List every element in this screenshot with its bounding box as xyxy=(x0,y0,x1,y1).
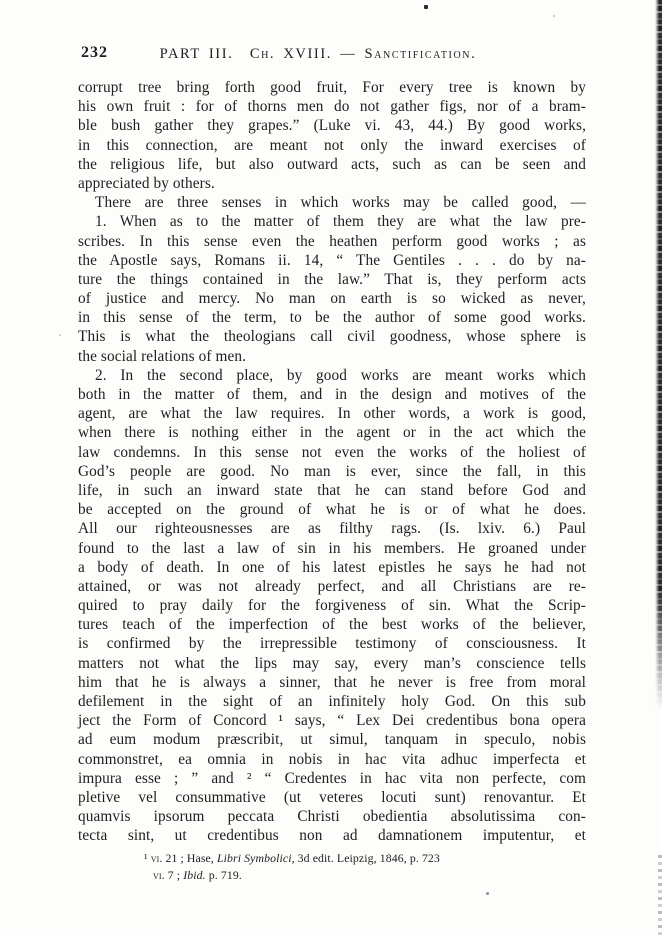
text-line: be accepted on the ground of what he is … xyxy=(78,500,586,519)
text-line: scribes. In this sense even the heathen … xyxy=(78,232,586,251)
text-line: This is what the theologians call civil … xyxy=(78,327,586,346)
text-line: corrupt tree bring forth good fruit, For… xyxy=(78,78,586,97)
footnote-line: vi. 7 ; Ibid. p. 719. xyxy=(144,867,584,884)
text-line: quamvis ipsorum peccata Christi obedient… xyxy=(78,807,586,826)
text-line: All our righteousnesses are as filthy ra… xyxy=(78,519,586,538)
scan-speck xyxy=(486,892,489,895)
text-line: ject the Form of Concord ¹ says, “ Lex D… xyxy=(78,711,586,730)
text-line: agent, are what the law requires. In oth… xyxy=(78,404,586,423)
footnote-segment: Libri Symbolici xyxy=(217,851,292,865)
text-line: the Apostle says, Romans ii. 14, “ The G… xyxy=(78,251,586,270)
text-line: 2. In the second place, by good works ar… xyxy=(78,366,586,385)
book-page: 232 PART III. Ch. XVIII. — Sanctificatio… xyxy=(0,0,662,935)
text-line: the social relations of men. xyxy=(78,347,586,366)
text-line: attained, or was not already perfect, an… xyxy=(78,577,586,596)
footnote-segment: Ibid. xyxy=(183,868,205,882)
footnote-segment: , 3d edit. Leipzig, 1846, p. 723 xyxy=(292,851,440,865)
text-line: life, in such an inward state that he ca… xyxy=(78,481,586,500)
scan-speck xyxy=(424,5,428,9)
text-line: the religious life, but also outward act… xyxy=(78,155,586,174)
scan-speck xyxy=(59,334,61,336)
text-line: 1. When as to the matter of them they ar… xyxy=(78,212,586,231)
text-line: ble bush gather they grapes.” (Luke vi. … xyxy=(78,116,586,135)
scan-speck xyxy=(553,15,555,17)
header-title: PART III. Ch. XVIII. — Sanctification. xyxy=(78,46,558,63)
running-header: 232 PART III. Ch. XVIII. — Sanctificatio… xyxy=(78,44,586,66)
text-line: There are three senses in which works ma… xyxy=(78,193,586,212)
text-line: when there is nothing either in the agen… xyxy=(78,423,586,442)
header-chapter: Ch. XVIII. — Sanctification. xyxy=(250,46,477,62)
footnote-segment: ¹ xyxy=(144,851,151,865)
text-line: him that he is always a sinner, that he … xyxy=(78,673,586,692)
text-line: God’s people are good. No man is ever, s… xyxy=(78,462,586,481)
scan-edge-artifact-bottom xyxy=(658,855,662,935)
text-line: tures teach of the imperfection of the b… xyxy=(78,615,586,634)
footnote-segment: 7 ; xyxy=(165,868,184,882)
text-line: matters not what the lips may say, every… xyxy=(78,654,586,673)
text-line: both in the matter of them, and in the d… xyxy=(78,385,586,404)
footnote-line: ¹ vi. 21 ; Hase, Libri Symbolici, 3d edi… xyxy=(144,850,584,867)
header-part: PART III. xyxy=(160,46,250,62)
text-line: is confirmed by the irrepressible testim… xyxy=(78,634,586,653)
text-line: commonstret, ea omnia in nobis in hac vi… xyxy=(78,750,586,769)
footnotes: ¹ vi. 21 ; Hase, Libri Symbolici, 3d edi… xyxy=(144,850,584,884)
text-line: of justice and mercy. No man on earth is… xyxy=(78,289,586,308)
text-line: law condemns. In this sense not even the… xyxy=(78,443,586,462)
footnote-segment: p. 719. xyxy=(206,868,242,882)
text-line: defilement in the sight of an infinitely… xyxy=(78,692,586,711)
text-line: in this connection, are meant not only t… xyxy=(78,136,586,155)
footnote-segment: vi. xyxy=(151,851,163,865)
text-line: ad eum modum præscribit, ut simul, tanqu… xyxy=(78,730,586,749)
scan-edge-artifact xyxy=(655,0,662,740)
text-line: a body of death. In one of his latest ep… xyxy=(78,558,586,577)
text-line: his own fruit : for of thorns men do not… xyxy=(78,97,586,116)
text-line: found to the last a law of sin in his me… xyxy=(78,539,586,558)
text-line: quired to pray daily for the forgiveness… xyxy=(78,596,586,615)
text-line: pletive vel consummative (ut veteres loc… xyxy=(78,788,586,807)
text-line: ture the things contained in the law.” T… xyxy=(78,270,586,289)
text-line: in this sense of the term, to be the aut… xyxy=(78,308,586,327)
text-line: tecta sint, ut credentibus non ad damnat… xyxy=(78,826,586,845)
text-line: appreciated by others. xyxy=(78,174,586,193)
footnote-segment: vi. xyxy=(153,868,165,882)
body-text: corrupt tree bring forth good fruit, For… xyxy=(78,78,586,846)
text-line: impura esse ; ” and ² “ Credentes in hac… xyxy=(78,769,586,788)
footnote-segment: 21 ; Hase, xyxy=(162,851,217,865)
